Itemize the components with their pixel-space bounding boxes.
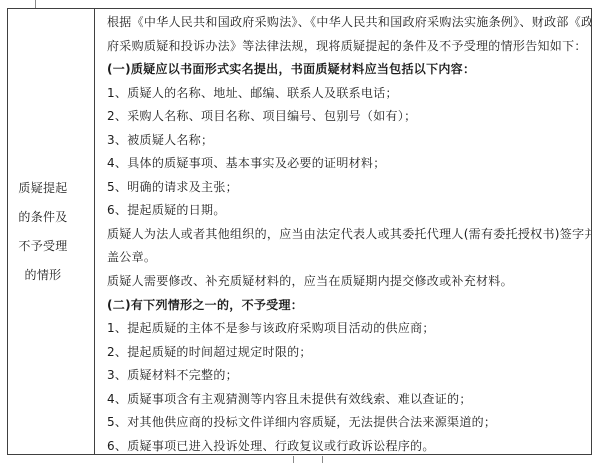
notice-text-line: 6、质疑事项已进入投诉处理、行政复议或行政诉讼程序的。: [107, 435, 587, 454]
row-header-line: 的情形: [25, 261, 62, 290]
notice-text-line: 2、采购人名称、项目名称、项目编号、包别号（如有）；: [107, 105, 587, 129]
notice-text-line: 3、质疑材料不完整的；: [107, 364, 587, 388]
row-header-line: 质疑提起: [18, 174, 67, 203]
notice-text-line: (二)有下列情形之一的，不予受理：: [107, 294, 587, 318]
notice-text-line: 2、提起质疑的时间超过规定时限的；: [107, 341, 587, 365]
notice-text-line: 6、提起质疑的日期。: [107, 199, 587, 223]
notice-text-line: (一)质疑应以书面形式实名提出，书面质疑材料应当包括以下内容：: [107, 58, 587, 82]
notice-text-line: 1、提起质疑的主体不是参与该政府采购项目活动的供应商；: [107, 317, 587, 341]
notice-text-line: 质疑人为法人或者其他组织的，应当由法定代表人或其委托代理人(需有委托授权书)签字…: [107, 223, 587, 247]
notice-text-line: 4、具体的质疑事项、基本事实及必要的证明材料；: [107, 152, 587, 176]
table-gridline-fragment-top: [35, 0, 36, 8]
notice-text-line: 5、明确的请求及主张；: [107, 176, 587, 200]
notice-text-line: 3、被质疑人名称；: [107, 129, 587, 153]
notice-text-line: 盖公章。: [107, 246, 587, 270]
table-gridline-fragment-bottom-left: [293, 456, 294, 463]
table-gridline-fragment-bottom-right: [322, 456, 323, 463]
row-header-line: 不予受理: [18, 232, 67, 261]
notice-text-line: 4、质疑事项含有主观猜测等内容且未提供有效线索、难以查证的；: [107, 388, 587, 412]
row-header-cell: 质疑提起的条件及不予受理的情形: [8, 9, 95, 454]
notice-text-line: 质疑人需要修改、补充质疑材料的，应当在质疑期内提交修改或补充材料。: [107, 270, 587, 294]
notice-table: 质疑提起的条件及不予受理的情形 根据《中华人民共和国政府采购法》、《中华人民共和…: [7, 8, 592, 455]
notice-text-line: 府采购质疑和投诉办法》等法律法规，现将质疑提起的条件及不予受理的情形告知如下：: [107, 35, 587, 59]
notice-text-line: 1、质疑人的名称、地址、邮编、联系人及联系电话；: [107, 82, 587, 106]
notice-text-line: 5、对其他供应商的投标文件详细内容质疑，无法提供合法来源渠道的；: [107, 411, 587, 435]
document-page: 质疑提起的条件及不予受理的情形 根据《中华人民共和国政府采购法》、《中华人民共和…: [0, 0, 600, 463]
notice-content-cell: 根据《中华人民共和国政府采购法》、《中华人民共和国政府采购法实施条例》、财政部《…: [95, 9, 591, 454]
notice-text-line: 根据《中华人民共和国政府采购法》、《中华人民共和国政府采购法实施条例》、财政部《…: [107, 11, 587, 35]
row-header-line: 的条件及: [18, 203, 67, 232]
